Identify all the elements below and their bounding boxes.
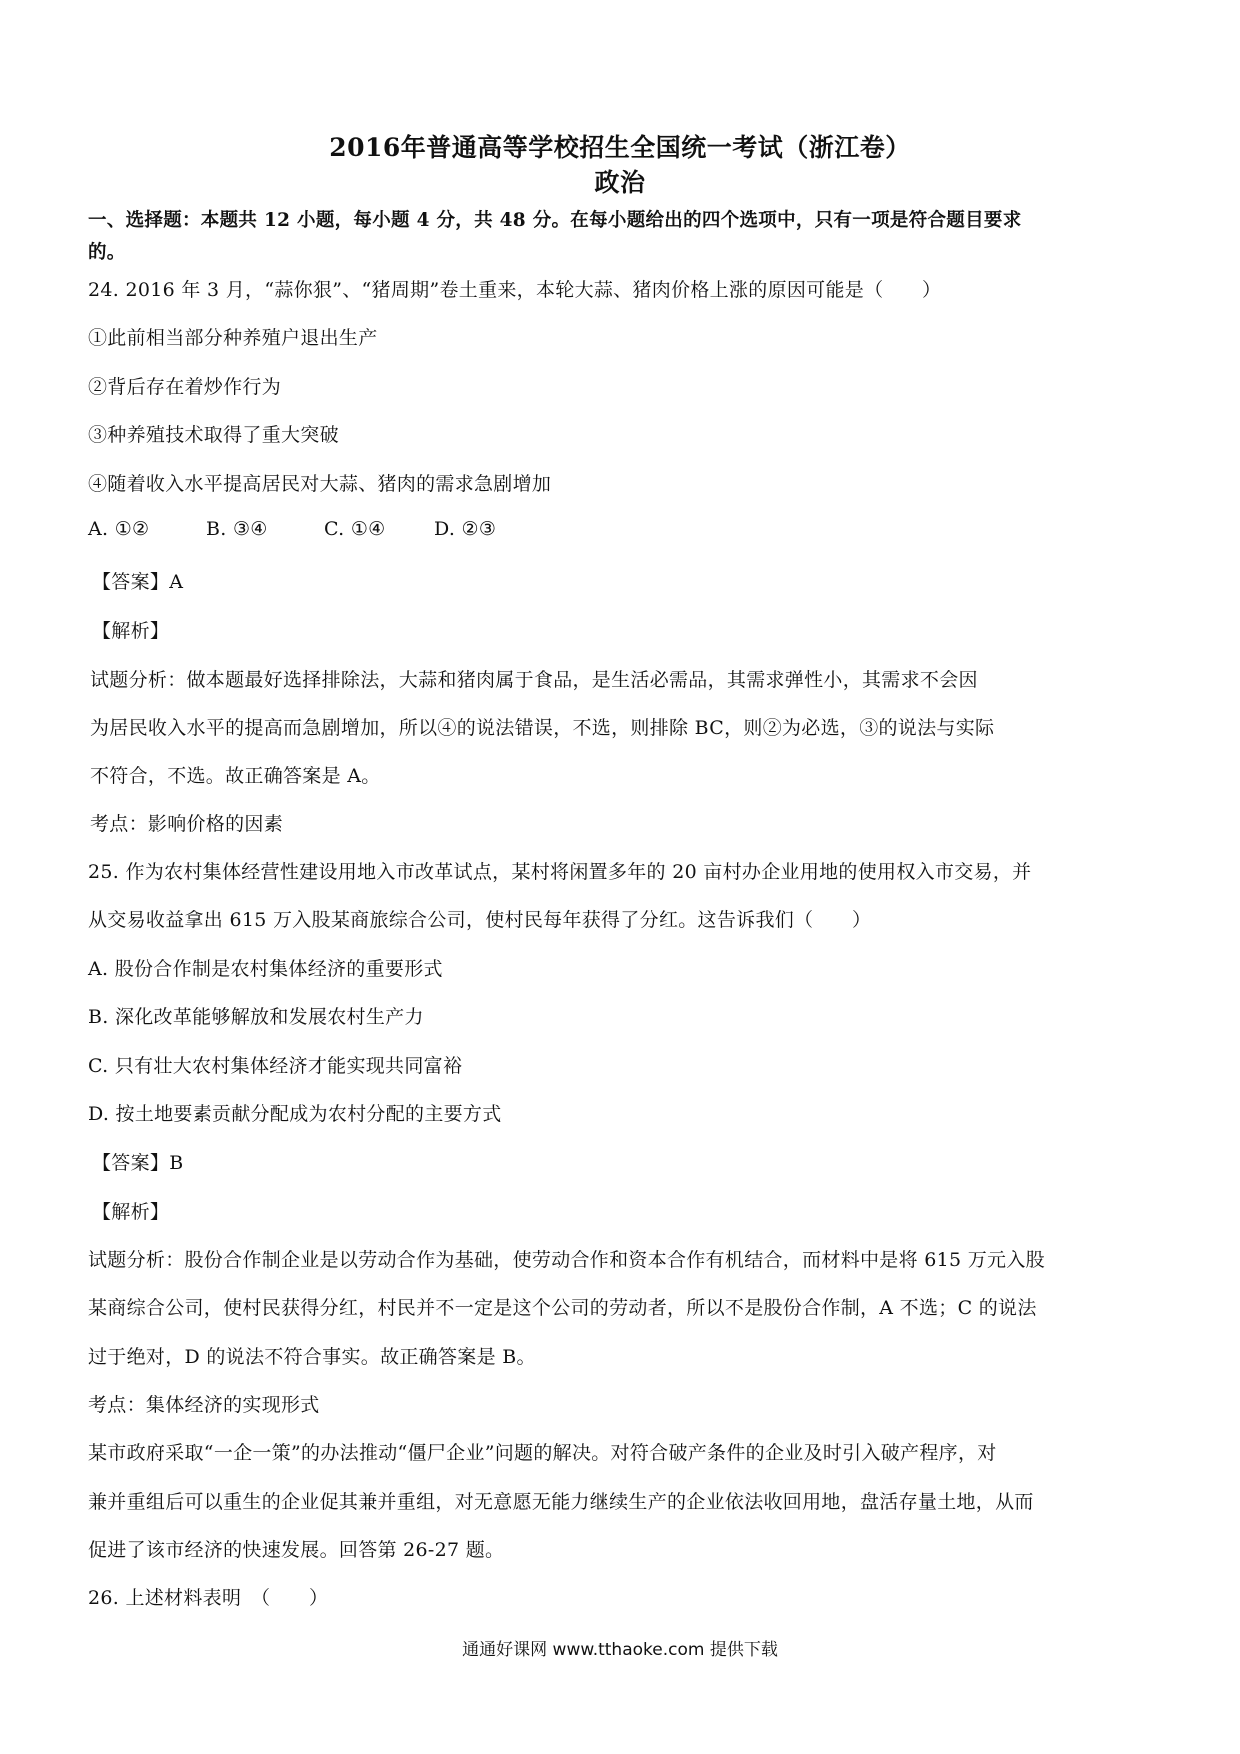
question-24-analysis-label: 【解析】 bbox=[92, 616, 169, 643]
question-25-analysis-line-1: 试题分析：股份合作制企业是以劳动合作为基础，使劳动合作和资本合作有机结合，而材料… bbox=[88, 1245, 1045, 1272]
exam-page: 2016年普通高等学校招生全国统一考试（浙江卷） 政治 一、选择题：本题共 12… bbox=[0, 0, 1240, 1754]
question-25-option-b: B. 深化改革能够解放和发展农村生产力 bbox=[88, 1002, 424, 1029]
question-24-options: A. ①②B. ③④C. ①④D. ②③ bbox=[88, 518, 496, 540]
question-24-analysis-line-3: 不符合，不选。故正确答案是 A。 bbox=[90, 761, 381, 788]
material-line-2: 兼并重组后可以重生的企业促其兼并重组，对无意愿无能力继续生产的企业依法收回用地，… bbox=[88, 1487, 1034, 1514]
question-24-answer: 【答案】A bbox=[92, 567, 183, 594]
question-24-option-b: B. ③④ bbox=[206, 518, 324, 540]
question-24-option-a: A. ①② bbox=[88, 518, 206, 540]
question-24-statement-2: ②背后存在着炒作行为 bbox=[88, 372, 281, 399]
page-footer: 通通好课网 www.tthaoke.com 提供下载 bbox=[0, 1635, 1240, 1660]
material-line-1: 某市政府采取“一企一策”的办法推动“僵尸企业”问题的解决。对符合破产条件的企业及… bbox=[88, 1438, 997, 1465]
question-24-key-point: 考点：影响价格的因素 bbox=[90, 809, 283, 836]
question-25-option-d: D. 按土地要素贡献分配成为农村分配的主要方式 bbox=[88, 1099, 502, 1126]
question-24-stem: 24. 2016 年 3 月，“蒜你狠”、“猪周期”卷土重来，本轮大蒜、猪肉价格… bbox=[88, 275, 941, 302]
question-25-key-point: 考点：集体经济的实现形式 bbox=[88, 1390, 320, 1417]
question-24-option-c: C. ①④ bbox=[324, 518, 434, 540]
question-25-analysis-label: 【解析】 bbox=[92, 1197, 169, 1224]
question-24-statement-1: ①此前相当部分种养殖户退出生产 bbox=[88, 323, 378, 350]
question-24-analysis-line-1: 试题分析：做本题最好选择排除法，大蒜和猪肉属于食品，是生活必需品，其需求弹性小，… bbox=[90, 665, 978, 692]
question-25-answer: 【答案】B bbox=[92, 1148, 183, 1175]
question-24-statement-3: ③种养殖技术取得了重大突破 bbox=[88, 420, 339, 447]
question-24-analysis-line-2: 为居民收入水平的提高而急剧增加，所以④的说法错误，不选，则排除 BC，则②为必选… bbox=[90, 713, 994, 740]
question-25-analysis-line-2: 某商综合公司，使村民获得分红，村民并不一定是这个公司的劳动者，所以不是股份合作制… bbox=[88, 1293, 1037, 1320]
question-25-option-a: A. 股份合作制是农村集体经济的重要形式 bbox=[88, 954, 443, 981]
question-24-statement-4: ④随着收入水平提高居民对大蒜、猪肉的需求急剧增加 bbox=[88, 469, 551, 496]
section-heading-line-1: 一、选择题：本题共 12 小题，每小题 4 分，共 48 分。在每小题给出的四个… bbox=[88, 206, 1022, 232]
question-25-stem-line-2: 从交易收益拿出 615 万入股某商旅综合公司，使村民每年获得了分红。这告诉我们（… bbox=[88, 905, 871, 932]
exam-title: 2016年普通高等学校招生全国统一考试（浙江卷） bbox=[0, 128, 1240, 164]
question-24-option-d: D. ②③ bbox=[434, 518, 496, 540]
exam-subject: 政治 bbox=[0, 163, 1240, 199]
question-25-analysis-line-3: 过于绝对，D 的说法不符合事实。故正确答案是 B。 bbox=[88, 1342, 536, 1369]
question-25-stem-line-1: 25. 作为农村集体经营性建设用地入市改革试点，某村将闲置多年的 20 亩村办企… bbox=[88, 857, 1031, 884]
question-25-option-c: C. 只有壮大农村集体经济才能实现共同富裕 bbox=[88, 1051, 462, 1078]
material-line-3: 促进了该市经济的快速发展。回答第 26-27 题。 bbox=[88, 1535, 504, 1562]
section-heading-line-2: 的。 bbox=[88, 238, 126, 264]
question-26-stem: 26. 上述材料表明 （ ） bbox=[88, 1583, 328, 1610]
